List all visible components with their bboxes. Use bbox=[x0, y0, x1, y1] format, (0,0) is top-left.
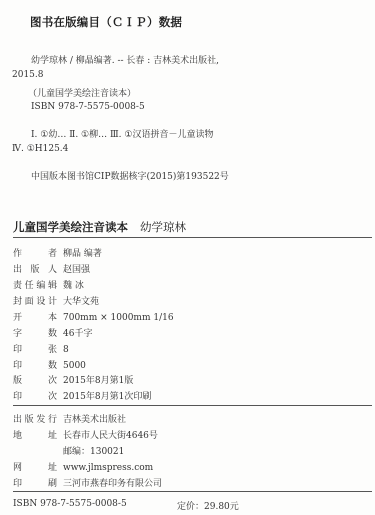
detail-label: 封面设计 bbox=[13, 294, 57, 307]
detail-row: 印张8 bbox=[13, 342, 69, 355]
detail-value: 赵国强 bbox=[63, 265, 90, 275]
book-title: 儿童国学美绘注音读本幼学琼林 bbox=[13, 219, 186, 235]
divider bbox=[13, 491, 372, 492]
publisher-row: 网址www.jlmspress.com bbox=[13, 460, 153, 473]
cip-classification-1: Ⅰ. ①幼… Ⅱ. ①柳… Ⅲ. ①汉语拼音－儿童读物 bbox=[31, 127, 213, 140]
detail-row: 版次2015年8月第1版 bbox=[13, 373, 133, 386]
publisher-row: 出版发行吉林美术出版社 bbox=[13, 412, 126, 425]
detail-label: 责任编辑 bbox=[13, 278, 57, 291]
footer-price: 定价：29.80元 bbox=[177, 499, 239, 512]
detail-label: 印张 bbox=[13, 342, 57, 355]
publisher-row: 邮编：130021 bbox=[13, 444, 124, 457]
detail-value: 700mm × 1000mm 1/16 bbox=[63, 313, 174, 323]
publisher-value: 吉林美术出版社 bbox=[63, 415, 126, 425]
detail-row: 作者柳晶 编著 bbox=[13, 246, 102, 259]
cip-heading: 图书在版编目（ＣＩＰ）数据 bbox=[30, 14, 182, 30]
detail-label: 出版人 bbox=[13, 262, 57, 275]
publisher-value: www.jlmspress.com bbox=[63, 463, 153, 473]
detail-row: 出版人赵国强 bbox=[13, 262, 90, 275]
detail-value: 柳晶 编著 bbox=[63, 249, 102, 259]
cip-classification-2: Ⅳ. ①H125.4 bbox=[12, 144, 68, 154]
book-name: 幼学琼林 bbox=[140, 220, 186, 234]
divider bbox=[13, 405, 372, 406]
detail-value: 8 bbox=[63, 345, 69, 355]
cip-series: （儿童国学美绘注音读本） bbox=[28, 86, 136, 99]
detail-row: 开本700mm × 1000mm 1/16 bbox=[13, 310, 174, 323]
detail-label: 字数 bbox=[13, 326, 57, 339]
detail-row: 封面设计大华文苑 bbox=[13, 294, 99, 307]
cip-isbn: ISBN 978-7-5575-0008-5 bbox=[31, 102, 145, 112]
divider bbox=[13, 237, 372, 238]
detail-value: 5000 bbox=[63, 361, 86, 371]
detail-value: 大华文苑 bbox=[63, 297, 99, 307]
detail-label: 印数 bbox=[13, 358, 57, 371]
publisher-row: 地址长春市人民大街4646号 bbox=[13, 428, 158, 441]
publisher-label: 出版发行 bbox=[13, 412, 57, 425]
detail-value: 46千字 bbox=[63, 329, 92, 339]
detail-row: 印次2015年8月第1次印刷 bbox=[13, 389, 151, 402]
detail-row: 字数46千字 bbox=[13, 326, 92, 339]
cip-record: 中国版本图书馆CIP数据核字(2015)第193522号 bbox=[31, 169, 229, 182]
detail-label: 作者 bbox=[13, 246, 57, 259]
publisher-row: 印刷三河市燕春印务有限公司 bbox=[13, 476, 162, 489]
publisher-label: 网址 bbox=[13, 460, 57, 473]
detail-row: 印数5000 bbox=[13, 358, 86, 371]
publisher-value: 长春市人民大街4646号 bbox=[63, 431, 158, 441]
cip-line-2: 2015.8 bbox=[12, 70, 44, 80]
detail-label: 开本 bbox=[13, 310, 57, 323]
publisher-label: 印刷 bbox=[13, 476, 57, 489]
detail-value: 2015年8月第1版 bbox=[63, 376, 133, 386]
detail-label: 版次 bbox=[13, 373, 57, 386]
publisher-value: 三河市燕春印务有限公司 bbox=[63, 479, 162, 489]
detail-value: 魏 冰 bbox=[63, 281, 84, 291]
footer-isbn: ISBN 978-7-5575-0008-5 bbox=[13, 499, 127, 509]
book-series-name: 儿童国学美绘注音读本 bbox=[13, 220, 128, 234]
publisher-value: 邮编：130021 bbox=[63, 447, 124, 457]
publisher-label: 地址 bbox=[13, 428, 57, 441]
detail-value: 2015年8月第1次印刷 bbox=[63, 392, 151, 402]
cip-line-1: 幼学琼林 / 柳晶编著. -- 长春 : 吉林美术出版社, bbox=[31, 53, 219, 66]
detail-row: 责任编辑魏 冰 bbox=[13, 278, 84, 291]
detail-label: 印次 bbox=[13, 389, 57, 402]
